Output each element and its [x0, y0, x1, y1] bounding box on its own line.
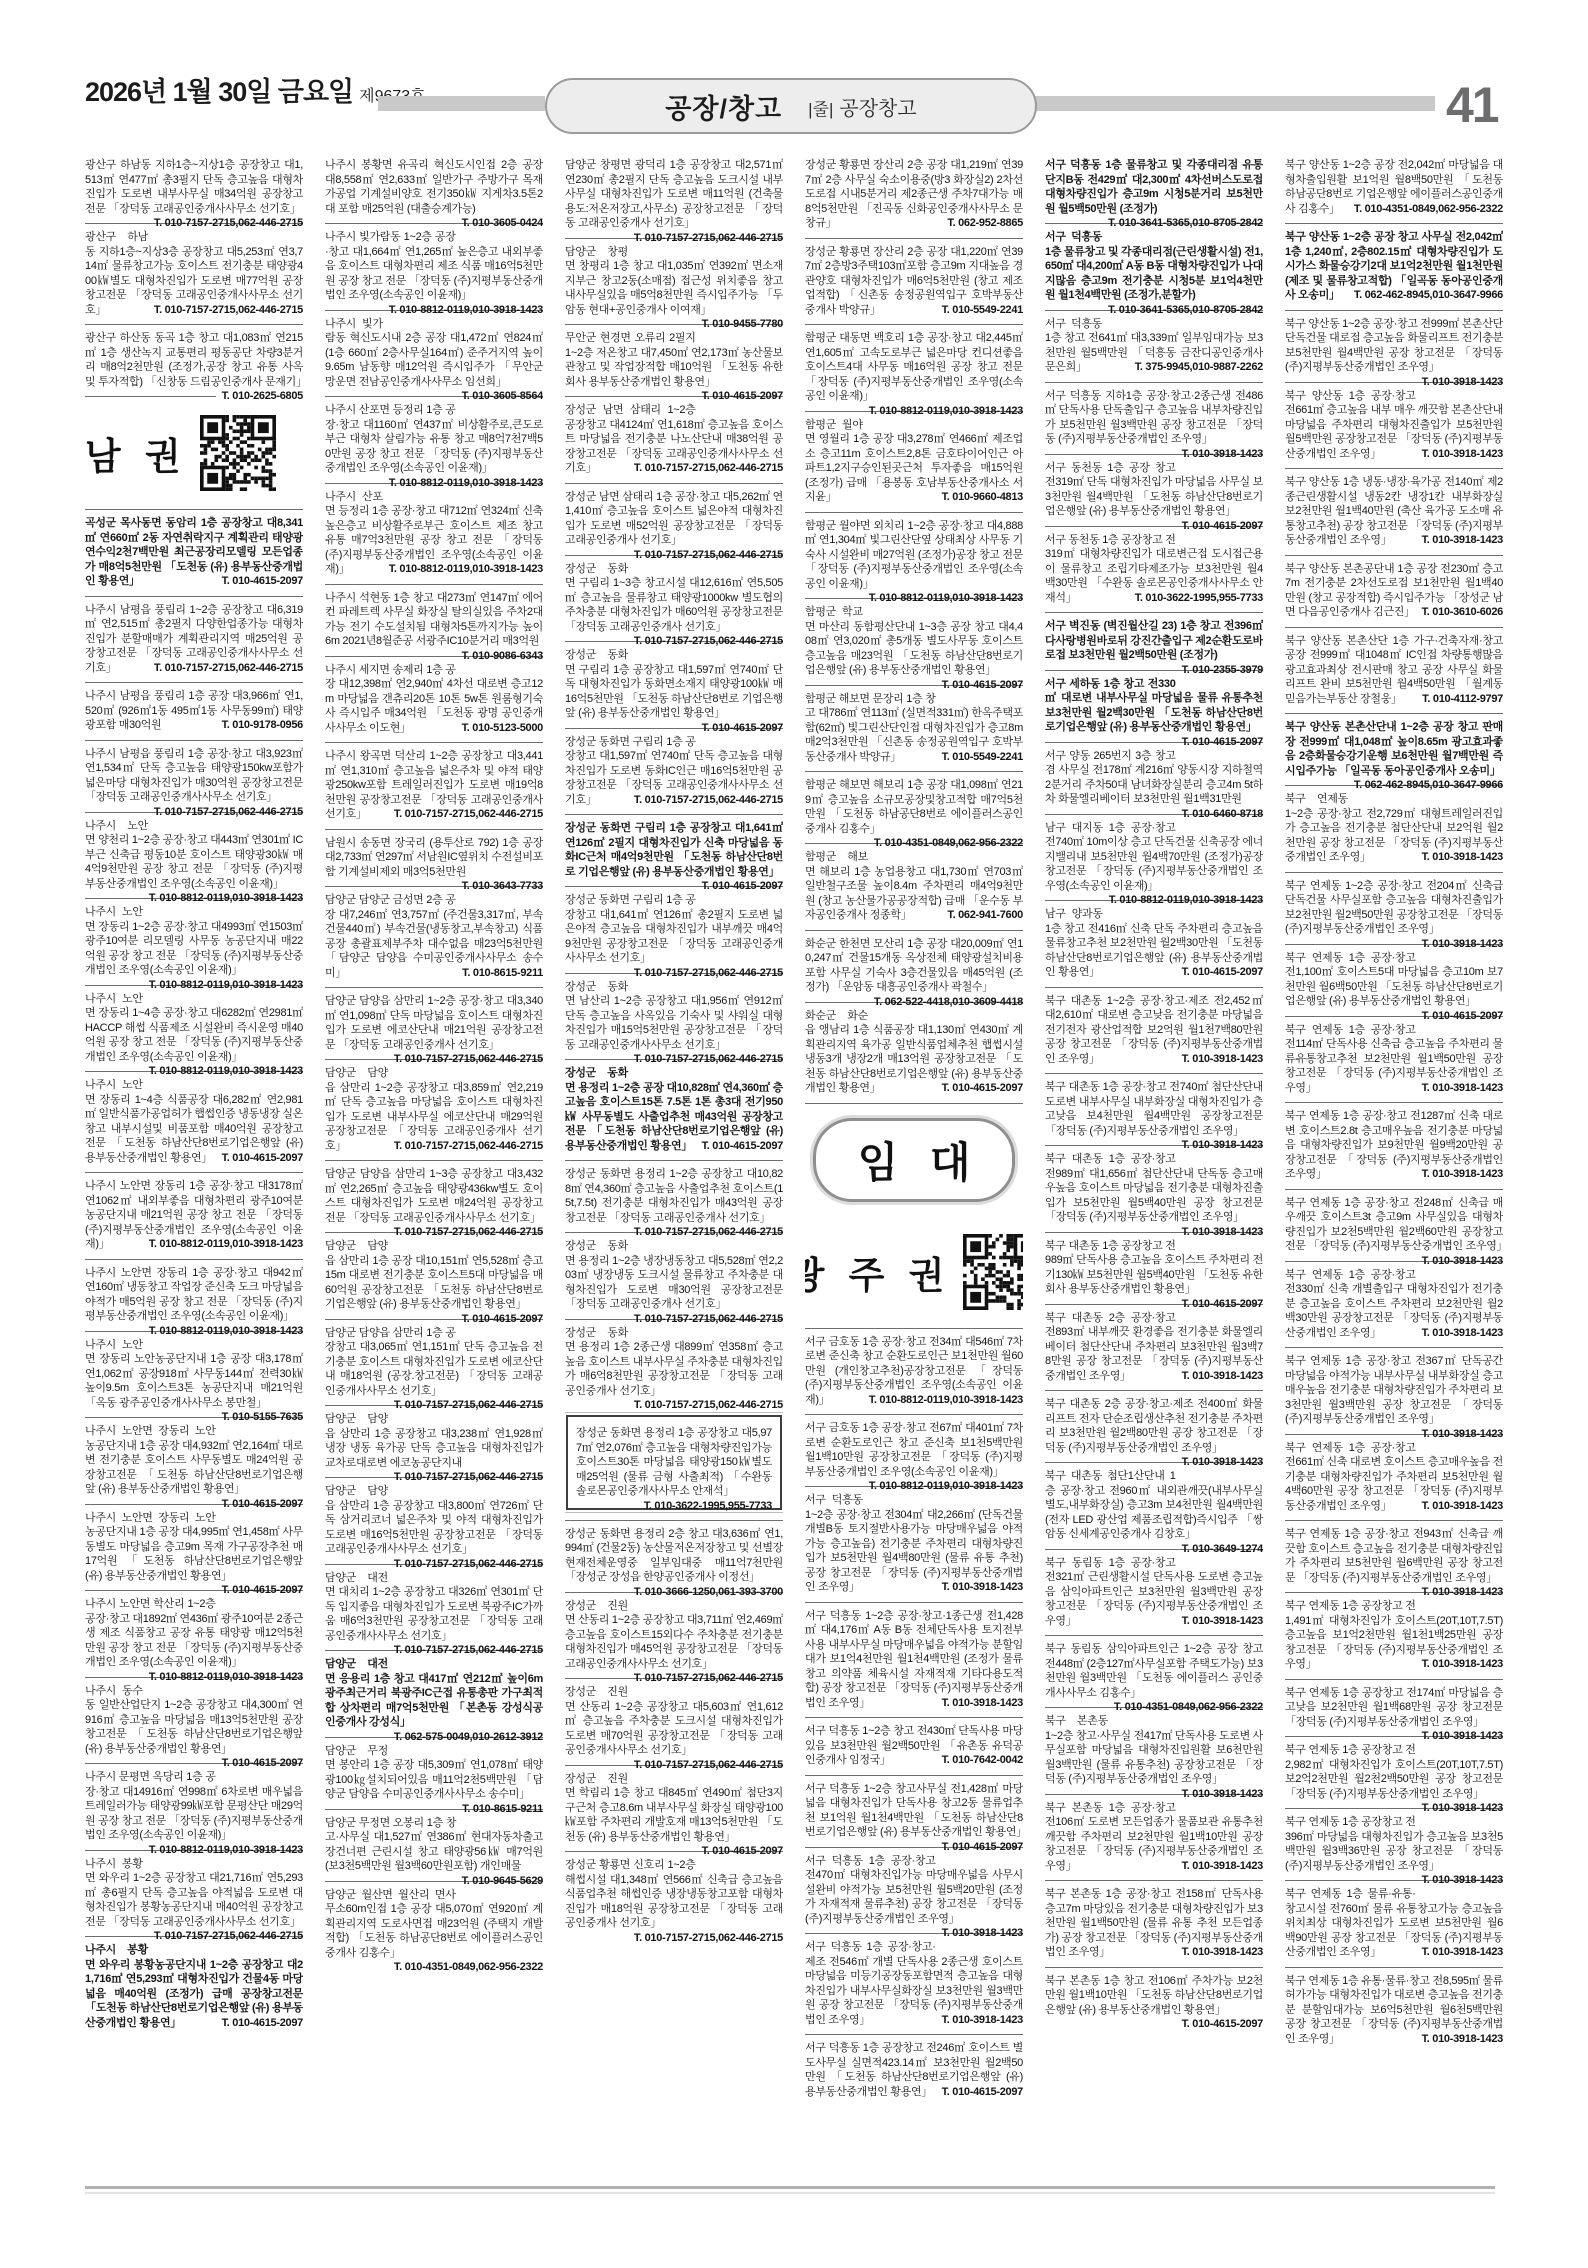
ad-phone-number: T. 010-3918-1423: [1416, 937, 1503, 952]
ad-phone-number: T. 010-4615-2097: [216, 1151, 303, 1166]
listing-ad: 북구 연제동 1층 공장·창고 전661㎡ 신축 대로변 호이스트 층고매우높음…: [1285, 1434, 1503, 1521]
listing-ad: 장성군 황룡면 장산리 2층 공장 대1,220㎡ 연397㎡ 2층방3주택10…: [805, 238, 1023, 325]
ad-text: 북구 본촌동 1~2층 창고·사무실 전417㎡ 단독사용 도로변 사무실포함 …: [1045, 1715, 1263, 1785]
listing-ad: 북구 본촌동 1층 공장·창고 전158㎡ 단독사용 층고7m 마당있음 전기충…: [1045, 1880, 1263, 1967]
ad-phone-number: T. 010-4615-2097: [216, 1583, 303, 1598]
ad-text: 남원시 송동면 장국리 (용투산로 792) 1층 공장 대2,733㎡ 연29…: [325, 837, 543, 878]
listing-ad: 나주시 남평읍 풍림리 1~2층 공장창고 대6,319㎡ 연2,515㎡ 총2…: [85, 596, 303, 683]
ad-text: 장성군 진원면 산동리 1~2층 공장창고 대5,603㎡ 연1,612㎡ 층고…: [565, 1686, 783, 1756]
ad-phone-number: T. 010-8812-0119,010-3918-1423: [383, 303, 543, 318]
ad-phone-number: T. 010-4351-0849,062-956-2322: [1348, 202, 1503, 217]
listing-ad: 북구 연제동 1층 공장창고 전1,491㎡ 대형차진입가 호이스트(20T,1…: [1285, 1592, 1503, 1679]
ad-text: 담양군 무정면 오봉리 1층 창고·사무실 대1,527㎡ 연386㎡ 현대자동…: [325, 1817, 543, 1873]
listing-ad: 함평군 대동면 백호리 1층 공장·창고 대2,445㎡ 연1,605㎡ 고속도…: [805, 324, 1023, 411]
ad-text: 서구 동천동 1층 공장 창고 전319㎡ 단독 대형차진입가 마당넓음 사무실…: [1045, 462, 1263, 518]
listing-ad: 나주시 남평읍 풍림리 1층 공장 대3,966㎡ 연1,520㎡ (926㎡1…: [85, 682, 303, 740]
listing-ad: 나주시 남평읍 풍림리 1층 공장·창고 대3,923㎡ 연1,534㎡ 단독 …: [85, 740, 303, 812]
listing-ad: 담양군 무정면 봉안리 1층 공장 대5,309㎡ 연1,078㎡ 태양광100…: [325, 1737, 543, 1809]
ad-phone-number: T. 010-2355-3979: [1176, 663, 1263, 678]
listing-ad: 나주시 노안면 장동리 노안농공단지내 1층 공장 대4,932㎡ 연2,164…: [85, 1417, 303, 1504]
ad-phone-number: T. 062-952-8865: [941, 216, 1023, 231]
ad-text: 함평군 대동면 백호리 1층 공장·창고 대2,445㎡ 연1,605㎡ 고속도…: [805, 332, 1023, 402]
ad-text: 북구 연제동 1층 공장창고 전396㎡ 마당넓음 대형차진입가 층고높음 보3…: [1285, 1816, 1503, 1872]
ad-text: 나주시 빛가람동 1~2층 공장·창고 대1,664㎡ 연1,265㎡ 높은층고…: [325, 231, 543, 301]
ad-phone-number: T. 010-4615-2097: [936, 1081, 1023, 1096]
ad-text: 북구 대촌동 2층 공장·창고·제조 전400㎡ 화물리프트 전자 단순조립생산…: [1045, 1398, 1263, 1454]
ad-text: 나주시 빛가람동 혁신도시내 2층 공장 대1,472㎡ 연824㎡ (1층 6…: [325, 318, 543, 388]
header-rule-right: [1033, 96, 1435, 111]
ad-phone-number: T. 010-3918-1423: [1416, 1801, 1503, 1816]
ad-phone-number: T. 010-3918-1423: [1176, 1455, 1263, 1470]
ad-phone-number: T. 010-4615-2097: [1176, 1297, 1263, 1312]
column-1: 광산구 하남동 지하1층~지상1층 공장창고 대1,513㎡ 연477㎡ 총3필…: [85, 152, 303, 2182]
ad-phone-number: T. 010-3918-1423: [1176, 1787, 1263, 1802]
ad-phone-number: T. 010-9660-4813: [936, 490, 1023, 505]
listing-ad: 나주시 빛가람동 1~2층 공장·창고 대1,664㎡ 연1,265㎡ 높은층고…: [325, 223, 543, 310]
ad-phone-number: T. 010-7642-0042: [936, 1753, 1023, 1768]
ad-phone-number: T. 010-3918-1423: [936, 1696, 1023, 1711]
ad-phone-number: T. 010-7157-2715,062-446-2715: [388, 807, 543, 822]
listing-ad: 나주시 노안면 장동리 노안농공단지내 1층 공장 대3,178㎡ 연1,062…: [85, 1331, 303, 1418]
ad-phone-number: T. 010-7157-2715,062-446-2715: [628, 461, 783, 476]
ad-text: 광산구 하남동 지하1층~지상1층 공장창고 대1,513㎡ 연477㎡ 총3필…: [85, 159, 303, 215]
ad-phone-number: T. 010-7157-2715,062-446-2715: [628, 1052, 783, 1067]
ad-phone-number: T. 010-3622-1995,955-7733: [638, 1499, 772, 1514]
ad-phone-number: T. 010-3918-1423: [1416, 1081, 1503, 1096]
listing-ad: 장성군 황룡면 신호리 1~2층 해썹시설 대1,348㎡ 연566㎡ 신축급 …: [565, 1851, 783, 1938]
line-marker-icon: |줄|: [808, 100, 833, 119]
ad-phone-number: T. 062-941-7600: [941, 908, 1023, 923]
ad-phone-number: T. 010-9086-6343: [456, 649, 543, 664]
ad-text: 담양군 창평면 광덕리 1층 공장창고 대2,571㎡ 연230㎡ 총2필지 단…: [565, 159, 783, 229]
ad-phone-number: T. 010-7157-2715,062-446-2715: [628, 1398, 783, 1413]
listing-ad: 광산구 하남동 지하1층~지상3층 공장창고 대5,253㎡ 연3,714㎡ 물…: [85, 223, 303, 324]
listing-ad: 북구 대촌동 1층 공장·창고 전989㎡ 대1,656㎡ 첨단산단내 단독동 …: [1045, 1145, 1263, 1232]
ad-text: 나주시 노안면 장동리 1층 공장·창고 대942㎡ 연160㎡ 냉동창고 작업…: [85, 1267, 303, 1323]
ad-phone-number: T. 010-2625-6805: [216, 389, 303, 404]
ad-text: 담양군 무정면 봉안리 1층 공장 대5,309㎡ 연1,078㎡ 태양광100…: [325, 1745, 543, 1801]
ad-text: 서구 세하동 1층 창고 전330㎡ 대로변 내부사무실 마당넓음 물류 유통추…: [1045, 678, 1263, 734]
ad-phone-number: T. 010-7157-2715,062-446-2715: [628, 793, 783, 808]
ad-phone-number: T. 010-3918-1423: [1416, 850, 1503, 865]
listing-ad: 북구 대촌동 2층 공장·창고 전893㎡ 내부깨끗 환경좋음 전기충분 화물엘…: [1045, 1304, 1263, 1391]
ad-phone-number: T. 010-8812-0119,010-3918-1423: [383, 476, 543, 491]
ad-phone-number: T. 010-4615-2097: [1176, 965, 1263, 980]
ad-phone-number: T. 010-4615-2097: [696, 721, 783, 736]
column-6: 북구 양산동 1~2층 공장 전2,042㎡ 마당넓음 대형차출입원활 보1억원…: [1285, 152, 1503, 2182]
listing-ad: 남구 양과동 1층 창고 전416㎡ 신축 단독 주차편리 층고높음 물류창고추…: [1045, 900, 1263, 987]
ad-text: 나주시 산포면 등정리 1층 공장·창고 대1160㎡ 연437㎡ 비상활주로,…: [325, 404, 543, 474]
ad-phone-number: T. 062-575-0049,010-2612-3912: [388, 1730, 543, 1745]
listing-ad: 곡성군 목사동면 동암리 1층 공장창고 대8,341㎡ 연660㎡ 2동 자연…: [85, 509, 303, 596]
ad-text: 북구 연제동 1층 공장·창고 전943㎡ 신축급 깨끗함 호이스트 층고높음 …: [1285, 1528, 1503, 1584]
qr-code: [200, 415, 276, 491]
ad-text: 북구 양산동 본촌산단내 1~2층 공장 창고 판매장 전999㎡ 대1,048…: [1285, 721, 1503, 777]
ad-text: 나주시 봉황면 와우리 1~2층 공장창고 대21,716㎡ 연5,293㎡ 총…: [85, 1858, 303, 1928]
listing-ad: 서구 벽진동 (벽진월산길 23) 1층 창고 전396㎡ 다사랑병원바로뒤 강…: [1045, 612, 1263, 670]
ad-phone-number: T. 010-7157-2715,062-446-2715: [388, 1052, 543, 1067]
ad-text: 나주시 노안면 학산리 1~2층 공장·창고 대1892㎡ 연436㎡ 광주10…: [85, 1598, 303, 1668]
listing-ad: 담양군 담양읍 삼만리 1~2층 공장창고 대3,859㎡ 연2,219㎡ 단독…: [325, 1059, 543, 1160]
listing-ad: 장성군 동화면 구림리 1~3층 창고시설 대12,616㎡ 연5,505㎡ 층…: [565, 555, 783, 642]
listing-ad: 북구 양산동 1~2층 공장·창고 전999㎡ 본촌산단 단독건물 대로접 층고…: [1285, 310, 1503, 382]
column-2: 나주시 봉황면 유곡리 혁신도시인접 2층 공장 대8,558㎡ 연2,633㎡…: [325, 152, 543, 2182]
listing-ad: 서구 덕흥동 1~2층 공장·창고 전304㎡ 대2,266㎡ (단독건물 개별…: [805, 1486, 1023, 1602]
ad-phone-number: T. 010-8812-0119,010-3918-1423: [863, 404, 1023, 419]
ad-phone-number: T. 010-4351-0849,062-956-2322: [1108, 1700, 1263, 1715]
listing-ad: 담양군 담양읍 삼만리 1층 공장창고 대3,800㎡ 연726㎡ 단독 삼거리…: [325, 1477, 543, 1564]
ad-text: 함평군 월야면 외치리 1~2층 공장·창고 대4,888㎡ 연1,304㎡ 빛…: [805, 520, 1023, 590]
ad-phone-number: T. 010-7157-2715,062-446-2715: [628, 1312, 783, 1327]
listing-ad: 담양군 창평면 광덕리 1층 공장창고 대2,571㎡ 연230㎡ 총2필지 단…: [565, 152, 783, 238]
listing-ad: 북구 연제동 1~2층 공장·창고 전204㎡ 신축급 단독건물 사무실포함 층…: [1285, 872, 1503, 944]
ad-phone-number: T. 010-4615-2097: [1176, 2017, 1263, 2032]
listing-ad: 장성군 동화면 남산리 1~2층 공장창고 대1,956㎡ 연912㎡ 단독 층…: [565, 973, 783, 1060]
ad-text: 나주시 노안면 장동리 1~4층 공장·창고 대6282㎡ 연2981㎡ HAC…: [85, 993, 303, 1063]
listing-ad: 광산구 하남동 지하1층~지상1층 공장창고 대1,513㎡ 연477㎡ 총3필…: [85, 152, 303, 223]
ad-text: 북구 연제동 1층 공장·창고 전1,100㎡ 호이스트5대 마당넓음 층고10…: [1285, 952, 1503, 1008]
ad-phone-number: T. 010-4615-2097: [936, 678, 1023, 693]
listing-ad: 나주시 빛가람동 혁신도시내 2층 공장 대1,472㎡ 연824㎡ (1층 6…: [325, 310, 543, 397]
listing-ad: 북구 연제동 1~2층 공장·창고 전2,729㎡ 대형트레일러진입가 층고높음…: [1285, 785, 1503, 872]
listing-ad: 서구 덕흥동 1~2층 창고사무실 전1,428㎡ 마당넓음 대형차진입가 단독…: [805, 1775, 1023, 1847]
listing-ad: 담양군 담양읍 삼만리 1~2층 공장·창고 대3,340㎡ 연1,098㎡ 단…: [325, 987, 543, 1059]
ad-phone-number: T. 010-8615-9211: [456, 1802, 543, 1817]
listing-ad: 장성군 동화면 구림리 1층 공장창고 대1,641㎡ 연126㎡ 총2필지 도…: [565, 886, 783, 973]
ad-phone-number: T. 010-7157-2715,062-446-2715: [148, 805, 303, 820]
boxed-listing-ad: 장성군 동화면 용정리 1층 공장창고 대5,977㎡ 연2,076㎡ 층고높음…: [566, 1415, 782, 1510]
listing-ad: 북구 연제동 1층 공장·창고 전1287㎡ 신축 대로변 호이스트2.8t 층…: [1285, 1102, 1503, 1189]
rent-banner-label: 임 대: [848, 1130, 981, 1190]
ad-text: 장성군 동화면 구림리 1~3층 창고시설 대12,616㎡ 연5,505㎡ 층…: [565, 563, 783, 633]
ad-phone-number: T. 010-3918-1423: [1416, 1729, 1503, 1744]
ad-text: 담양군 담양읍 삼만리 1층 공장창고 대3,800㎡ 연726㎡ 단독 삼거리…: [325, 1485, 543, 1555]
listing-ad: 북구 연제동 1층 공장·창고 전367㎡ 단독공간 마당넓음 야적가능 내부사…: [1285, 1347, 1503, 1434]
footer-rule: [85, 2186, 1495, 2194]
listing-ad: 서구 덕흥동 1층 공장창고 전246㎡ 호이스트 별도사무실 실면적423.1…: [805, 2034, 1023, 2106]
ad-phone-number: T. 010-7157-2715,062-446-2715: [628, 1758, 783, 1773]
listing-ad: 장성군 진원면 학림리 1층 창고 대845㎡ 연490㎡ 첨단3지구근처 층고…: [565, 1765, 783, 1852]
ad-text: 서구 벽진동 (벽진월산길 23) 1층 창고 전396㎡ 다사랑병원바로뒤 강…: [1045, 620, 1263, 661]
region-label: 전 남 권: [85, 426, 188, 480]
ad-text: 서구 금호동 1층 공장·창고 전67㎡ 대401㎡ 7차로변 순환도로인근 창…: [805, 1422, 1023, 1478]
ad-text: 장성군 동화면 용정리 1~2층 냉장냉동창고 대5,528㎡ 연2,203㎡ …: [565, 1240, 783, 1310]
ad-text: 장성군 동화면 용정리 2층 창고 대3,636㎡ 연1,994㎡ (건물2동)…: [565, 1528, 783, 1584]
ad-phone-number: T. 010-4615-2097: [216, 1756, 303, 1771]
ad-phone-number: T. 010-8812-0119,010-3918-1423: [143, 1843, 303, 1858]
ad-text: 장성군 동화면 용정리 1층 2종근생 대899㎡ 연358㎡ 층고높음 호이스…: [565, 1327, 783, 1397]
listing-ad: 남구 대지동 1층 공장·창고 전740㎡ 10m이상 층고 단독건물 신축공장…: [1045, 814, 1263, 901]
listing-ad: 북구 연제동 1층 유통·물류·창고 전8,595㎡ 물류허가가능 대형차진입가…: [1285, 1967, 1503, 2054]
ad-phone-number: T. 010-3918-1423: [1416, 533, 1503, 548]
ad-phone-number: T. 010-7157-2715,062-446-2715: [388, 1470, 543, 1485]
ad-phone-number: T. 010-4615-2097: [936, 1840, 1023, 1855]
listing-ad: 서구 금호동 1층 공장·창고 전34㎡ 대546㎡ 7차로변 준신축 창고 순…: [805, 1328, 1023, 1415]
listing-ad: 북구 양산동 1~2층 공장 창고 사무실 전2,042㎡ 1층 1,240㎡,…: [1285, 223, 1503, 310]
ad-text: 나주시 동수동 일반산업단지 1~2층 공장창고 대4,300㎡ 연916㎡ 층…: [85, 1685, 303, 1755]
ad-phone-number: T. 010-3918-1423: [1176, 1369, 1263, 1384]
listing-ad: 북구 동림동 삼익아파트인근 1~2층 공장 창고 전448㎡ (2층127㎡사…: [1045, 1635, 1263, 1707]
listing-ad: 장성군 동화면 용정리 1~2층 공장 대10,828㎡ 연4,360㎡ 층고높…: [565, 1059, 783, 1160]
ad-text: 북구 동림동 삼익아파트인근 1~2층 공장 창고 전448㎡ (2층127㎡사…: [1045, 1643, 1263, 1699]
ad-text: 담양군 월산면 월산리 면사무소60m인접 1층 공장 대5,070㎡ 연920…: [325, 1889, 543, 1959]
listing-ad: 장성군 남면 삼태리 1층 공장·창고 대5,262㎡ 연1,410㎡ 층고높음…: [565, 483, 783, 555]
ad-phone-number: T. 010-8812-0119,010-3918-1423: [143, 978, 303, 993]
listing-ad: 북구 대촌동 1층 공장·창고 전740㎡ 첨단산단내 도로변 내부사무실 내부…: [1045, 1073, 1263, 1145]
ad-text: 나주시 남평읍 풍림리 1층 공장·창고 대3,923㎡ 연1,534㎡ 단독 …: [85, 748, 303, 804]
listing-ad: 서구 덕흥동 1~2층 창고 전430㎡ 단독사용 마당있음 보3천만원 월2백…: [805, 1717, 1023, 1775]
listing-ad: 나주시 노안면 장동리 1~4층 식품공장 대6,282㎡ 연2,981㎡ 일반…: [85, 1071, 303, 1172]
listing-ad: 북구 연제동 1층 공장·창고 전248㎡ 신축급 매우깨끗 호이스트3t 층고…: [1285, 1189, 1503, 1261]
ad-text: 담양군 담양읍 삼만리 1층 공장창고 대3,238㎡ 연1,928㎡ 냉장 냉…: [325, 1413, 543, 1469]
ad-phone-number: T. 010-7157-2715,062-446-2715: [388, 1139, 543, 1154]
listing-ad: 서구 동천동 1층 공장창고 전319㎡ 대형차량진입가 대로변근접 도시접근용…: [1045, 526, 1263, 613]
ad-text: 서구 덕흥동 1~2층 공장·창고·1종근생 전1,428㎡ 대4,176㎡ A…: [805, 1610, 1023, 1709]
ad-phone-number: T. 010-3610-6026: [1416, 605, 1503, 620]
listing-ad: 함평군 월야면 영월리 1층 공장 대3,278㎡ 연466㎡ 제조업소 층고1…: [805, 411, 1023, 512]
rent-banner: 임 대: [805, 1103, 1023, 1216]
ad-phone-number: T. 010-4615-2097: [216, 2016, 303, 2031]
listing-ad: 나주시 왕곡면 덕산리 1~2층 공장창고 대3,441㎡ 연1,310㎡ 층고…: [325, 742, 543, 829]
ad-phone-number: T. 010-3918-1423: [1176, 447, 1263, 462]
listing-ad: 북구 연제동 1층 공장·창고 전943㎡ 신축급 깨끗함 호이스트 층고높음 …: [1285, 1520, 1503, 1592]
section-title: 공장/창고: [665, 87, 782, 126]
ad-phone-number: T. 010-7157-2715,062-446-2715: [628, 634, 783, 649]
ad-phone-number: T. 010-7157-2715,062-446-2715: [628, 548, 783, 563]
listing-ad: 나주시 노안면 장동리 1층 공장·창고 대3178㎡ 연1062㎡ 내외부좋음…: [85, 1172, 303, 1259]
listing-ad: 북구 연제동 1층 공장창고 전2,982㎡ 대형차진입가 호이스트(20T,1…: [1285, 1736, 1503, 1808]
ad-phone-number: T. 010-9178-0956: [216, 718, 303, 733]
ad-phone-number: T. 010-3643-7733: [456, 879, 543, 894]
listing-ad: 담양군 담양읍 삼만리 1층 공장창고 대3,065㎡ 연1,151㎡ 단독 층…: [325, 1319, 543, 1406]
ad-text: 나주시 노안면 장동리 노안농공단지내 1층 공장 대4,995㎡ 연1,458…: [85, 1512, 303, 1582]
ad-phone-number: T. 010-4112-9797: [1416, 692, 1503, 707]
ad-text: 장성군 동화면 구림리 1층 공장창고 대1,641㎡ 연126㎡ 2필지 대형…: [565, 822, 783, 878]
listing-ad: 담양군 대전면 응용리 1층 창고 대417㎡ 연212㎡ 높이6m 광주최근거…: [325, 1650, 543, 1737]
listing-ad: 북구 연제동 1층 공장·창고 전330㎡ 신축 개별출입구 대형차진입가 전기…: [1285, 1261, 1503, 1348]
listing-ad: 화순군 한천면 모산리 1층 공장 대20,009㎡ 연10,247㎡ 건물15…: [805, 930, 1023, 1002]
listing-ad: 북구 본촌동 1~2층 창고·사무실 전417㎡ 단독사용 도로변 사무실포함 …: [1045, 1707, 1263, 1794]
ad-phone-number: T. 010-3918-1423: [1176, 1138, 1263, 1153]
ad-phone-number: T. 010-3918-1423: [1176, 1859, 1263, 1874]
listing-ad: 담양군 창평면 창평리 1층 창고 대1,035㎡ 연392㎡ 면소재지부근 창…: [565, 238, 783, 325]
listing-ad: 북구 대촌동 첨단1산단내 1층 공장·창고 전960㎡ 내외관깨끗(내부사무실…: [1045, 1462, 1263, 1549]
listing-ad: 나주시 산포면 등정리 1층 공장·창고 대712㎡ 연324㎡ 신축 높은층고…: [325, 483, 543, 584]
listing-ad: 북구 양산동 본촌산단 1층 가구·건축자재·창고공장 전999㎡ 대1048㎡…: [1285, 627, 1503, 714]
ad-phone-number: T. 010-3918-1423: [1416, 1585, 1503, 1600]
ad-phone-number: T. 010-4351-0849,062-956-2322: [388, 1960, 543, 1975]
ad-phone-number: T. 010-3918-1423: [936, 1926, 1023, 1941]
listing-ad: 나주시 노안면 장동리 1층 공장·창고 대942㎡ 연160㎡ 냉동창고 작업…: [85, 1259, 303, 1331]
ad-text: 서구 덕흥동 1층 물류창고 및 각종대리점 유통단지B동 전429㎡ 대2,3…: [1045, 159, 1263, 215]
ad-text: 담양군 대전면 대치리 1~2층 공장창고 대326㎡ 연301㎡ 단독 입지좋…: [325, 1572, 543, 1642]
ad-text: 장성군 동화면 구림리 1층 공장창고 대1,597㎡ 연740㎡ 단독 대형차…: [565, 649, 783, 719]
ad-text: 북구 대촌동 1층 공장·창고 전989㎡ 대1,656㎡ 첨단산단내 단독동 …: [1045, 1153, 1263, 1223]
ad-phone-number: T. 010-7157-2715,062-446-2715: [148, 1929, 303, 1944]
listing-ad: 북구 동림동 1층 공장·창고 전321㎡ 근린생활시설 단독사용 도로변 층고…: [1045, 1549, 1263, 1636]
listing-ad: 북구 양산동 본촌공단내 1층 공장 전230㎡ 층고7m 전기충분 2차선도로…: [1285, 555, 1503, 627]
listing-ad: 장성군 남면 삼태리 1~2층 공장창고 대4124㎡ 연1,618㎡ 층고높음…: [565, 396, 783, 483]
date-text: 2026년 1월 30일 금요일: [85, 77, 353, 107]
listing-ad: 서구 덕흥동 1~2층 공장·창고·1종근생 전1,428㎡ 대4,176㎡ A…: [805, 1602, 1023, 1718]
listing-ad: 나주시 노안면 양천리 1~2층 공장·창고 대443㎡ 연301㎡ IC부근 …: [85, 812, 303, 899]
ad-phone-number: T. 010-3918-1423: [1176, 1945, 1263, 1960]
page-date: 2026년 1월 30일 금요일제9673호: [85, 70, 426, 109]
listing-ad: 함평군 해보면 문장리 1층 창고 대786㎡ 연113㎡ (실면적331㎡) …: [805, 685, 1023, 772]
ad-text: 장성군 진원면 산동리 1~2층 공장창고 대3,711㎡ 연2,469㎡ 층고…: [565, 1600, 783, 1670]
ad-phone-number: T. 010-8812-0119,010-3918-1423: [143, 1237, 303, 1252]
rent-banner-box: 임 대: [813, 1118, 1015, 1202]
ad-text: 북구 대촌동 첨단1산단내 1층 공장·창고 전960㎡ 내외관깨끗(내부사무실…: [1045, 1470, 1263, 1540]
ad-phone-number: T. 062-522-4418,010-3609-4418: [868, 995, 1023, 1010]
listing-ad: 서구 덕흥동 1층 물류창고 및 각종대리점(근린생활시설) 전1,650㎡ 대…: [1045, 223, 1263, 310]
ad-text: 남구 대지동 1층 공장·창고 전740㎡ 10m이상 층고 단독건물 신축공장…: [1045, 822, 1263, 892]
ad-text: 담양군 대전면 응용리 1층 창고 대417㎡ 연212㎡ 높이6m 광주최근거…: [325, 1658, 543, 1728]
ad-phone-number: T. 062-462-8945,010-3647-9966: [1348, 288, 1503, 303]
listing-ad: 장성군 황룡면 장산리 2층 공장 대1,219㎡ 연397㎡ 2층 사무실 숙…: [805, 152, 1023, 238]
listing-ad: 북구 연제동 1층 공장창고 전174㎡ 마당넓음 층고낮음 보2천만원 월1백…: [1285, 1679, 1503, 1737]
ad-text: 광산구 하산동 동곡 1층 창고 대1,083㎡ 연215㎡ 1층 생산녹지 교…: [85, 332, 303, 388]
listing-ad: 나주시 노안면 학산리 1~2층 공장·창고 대1892㎡ 연436㎡ 광주10…: [85, 1590, 303, 1677]
ad-text: 북구 대촌동 1층 공장·창고 전740㎡ 첨단산단내 도로변 내부사무실 내부…: [1045, 1081, 1263, 1137]
listing-ad: 나주시 봉황면 유곡리 혁신도시인접 2층 공장 대8,558㎡ 연2,633㎡…: [325, 152, 543, 223]
ad-text: 장성군 동화면 구림리 1층 공장창고 대1,641㎡ 연126㎡ 총2필지 도…: [565, 894, 783, 964]
ad-text: 서구 양동 265번지 3층 창고 겸 사무실 전178㎡ 계216㎡ 양동시장…: [1045, 750, 1263, 806]
listing-ad: 담양군 무정면 오봉리 1층 창고·사무실 대1,527㎡ 연386㎡ 현대자동…: [325, 1809, 543, 1881]
listing-ad: 함평군 해보면 해보리 1층 농업용창고 대1,730㎡ 연703㎡ 일반철구조…: [805, 843, 1023, 930]
listing-ad: 담양군 담양읍 삼만리 1층 공장 대10,151㎡ 연5,528㎡ 층고15m…: [325, 1232, 543, 1319]
ad-phone-number: T. 010-3918-1423: [1416, 1326, 1503, 1341]
ad-phone-number: T. 010-4615-2097: [216, 1497, 303, 1512]
listing-ad: 함평군 해보면 해보리 1층 공장 대1,098㎡ 연219㎡ 층고높음 소규모…: [805, 771, 1023, 843]
ad-phone-number: T. 010-8812-0119,010-3918-1423: [143, 1324, 303, 1339]
listing-ad: 장성군 동화면 용정리 1층 2종근생 대899㎡ 연358㎡ 층고높음 호이스…: [565, 1319, 783, 1406]
ad-phone-number: T. 010-3918-1423: [936, 1580, 1023, 1595]
ad-text: 장성군 진원면 학림리 1층 창고 대845㎡ 연490㎡ 첨단3지구근처 층고…: [565, 1773, 783, 1843]
ad-text: 담양군 담양읍 삼만리 1층 공장 대10,151㎡ 연5,528㎡ 층고15m…: [325, 1240, 543, 1310]
ad-phone-number: T. 010-4615-2097: [456, 1312, 543, 1327]
ad-text: 서구 덕흥동 지하1층 공장·창고·2종근생 전486㎡ 단독사용 단독출입구 …: [1045, 390, 1263, 446]
ad-text: 북구 양산동 1~2층 공장·창고 전999㎡ 본촌산단 단독건물 대로접 층고…: [1285, 318, 1503, 374]
ad-phone-number: T. 010-8812-0119,010-3918-1423: [863, 591, 1023, 606]
ad-phone-number: T. 010-4615-2097: [1176, 519, 1263, 534]
ad-phone-number: T. 010-7157-2715,062-446-2715: [628, 966, 783, 981]
section-subtitle: |줄|공장창고: [808, 92, 917, 121]
ad-phone-number: T. 010-4615-2097: [936, 2085, 1023, 2100]
ad-phone-number: T. 010-3918-1423: [936, 2013, 1023, 2028]
ad-phone-number: T. 010-9645-5629: [456, 1874, 543, 1889]
listing-ad: 화순군 화순읍 앵남리 1층 식품공장 대1,130㎡ 연430㎡ 계획관리지역…: [805, 1002, 1023, 1103]
ad-phone-number: T. 010-8812-0119,010-3918-1423: [143, 1670, 303, 1685]
listing-ad: 북구 연제동 1층 공장·창고 전1,100㎡ 호이스트5대 마당넓음 층고10…: [1285, 944, 1503, 1016]
listing-ad: 담양군 담양읍 삼만리 1~3층 공장창고 대3,432㎡ 연2,265㎡ 층고…: [325, 1160, 543, 1232]
listing-ad: 나주시 세지면 송제리 1층 공장 대12,398㎡ 연2,940㎡ 4차선 대…: [325, 656, 543, 743]
listing-ad: 나주시 봉황면 와우리 봉황농공단지내 1~2층 공장창고 대21,716㎡ 연…: [85, 1936, 303, 2037]
listing-ad: 나주시 석현동 1층 창고 대273㎡ 연147㎡ 에어컨 파레트렉 사무실 화…: [325, 584, 543, 656]
ad-phone-number: T. 010-3641-5365,010-8705-2842: [1102, 216, 1263, 231]
listing-ad: 광산구 하산동 동곡 1층 창고 대1,083㎡ 연215㎡ 1층 생산녹지 교…: [85, 324, 303, 396]
listing-ad: 서구 덕흥동 1층 물류창고 및 각종대리점 유통단지B동 전429㎡ 대2,3…: [1045, 152, 1263, 223]
listing-ad: 장성군 진원면 산동리 1~2층 공장창고 대3,711㎡ 연2,469㎡ 층고…: [565, 1592, 783, 1679]
listing-ad: 북구 대촌동 1층 공장창고 전989㎡ 단독사용 층고높음 호이스트 주차편리…: [1045, 1232, 1263, 1304]
column-3: 담양군 창평면 광덕리 1층 공장창고 대2,571㎡ 연230㎡ 총2필지 단…: [565, 152, 783, 2182]
ad-phone-number: T. 010-3918-1423: [1176, 1614, 1263, 1629]
ad-phone-number: T. 010-9455-7780: [696, 317, 783, 332]
listing-ad: 담양군 월산면 월산리 면사무소60m인접 1층 공장 대5,070㎡ 연920…: [325, 1881, 543, 1968]
ad-phone-number: T. 010-4615-2097: [696, 879, 783, 894]
ad-text: 화순군 한천면 모산리 1층 공장 대20,009㎡ 연10,247㎡ 건물15…: [805, 938, 1023, 994]
ad-phone-number: T. 010-7157-2715,062-446-2715: [628, 231, 783, 246]
region-header-gwangju: 광 주 권: [805, 1216, 1023, 1328]
ad-text: 무안군 현경면 오류리 2필지 1~2층 저온창고 대7,450㎡ 연2,173…: [565, 332, 783, 388]
listing-ad: 장성군 동화면 구림리 1층 공장창고 대1,641㎡ 연126㎡ 2필지 대형…: [565, 814, 783, 886]
listing-ad: 북구 양산동 1층 공장·창고 전661㎡ 층고높음 내부 매우 깨끗함 본촌산…: [1285, 382, 1503, 469]
listing-ad: 북구 양산동 1~2층 공장 전2,042㎡ 마당넓음 대형차출입원활 보1억원…: [1285, 152, 1503, 223]
listing-ad: 남원시 송동면 장국리 (용투산로 792) 1층 공장 대2,733㎡ 연29…: [325, 829, 543, 887]
listing-ad: 북구 대촌동 2층 공장·창고·제조 전400㎡ 화물리프트 전자 단순조립생산…: [1045, 1390, 1263, 1462]
ad-text: 나주시 봉황면 유곡리 혁신도시인접 2층 공장 대8,558㎡ 연2,633㎡…: [325, 159, 543, 215]
ad-phone-number: T. 010-8812-0119,010-3918-1423: [143, 891, 303, 906]
region-label: 광 주 권: [805, 1245, 951, 1299]
listing-ad: 나주시 산포면 등정리 1층 공장·창고 대1160㎡ 연437㎡ 비상활주로,…: [325, 396, 543, 483]
ad-phone-number: T. 010-4615-2097: [696, 389, 783, 404]
ad-phone-number: T. 010-4351-0849,062-956-2322: [868, 836, 1023, 851]
listing-ad: 북구 양산동 1층 냉동·냉장·육가공 전140㎡ 제2종근린생활시설 냉동2칸…: [1285, 468, 1503, 555]
ad-text: 북구 연제동 1층 공장창고 전174㎡ 마당넓음 층고낮음 보2천만원 월1백…: [1285, 1687, 1503, 1728]
listing-ad: 북구 연제동 1층 물류·유통·창고시설 전760㎡ 물류 유통창고가능 층고높…: [1285, 1880, 1503, 1967]
listing-ad: 북구 대촌동 1~2층 공장·창고·제조 전2,452㎡ 대2,610㎡ 대로변…: [1045, 987, 1263, 1074]
ad-phone-number: T. 010-7157-2715,062-446-2715: [388, 1643, 543, 1658]
ad-phone-number: T. 010-7157-2715,062-446-2715: [148, 216, 303, 231]
listing-ad: 담양군 담양군 금성면 2층 공장 대7,246㎡ 연3,757㎡ (주건물3,…: [325, 886, 543, 987]
ad-phone-number: T. 010-7157-2715,062-446-2715: [148, 303, 303, 318]
ad-phone-number: T. 010-3918-1423: [1416, 1254, 1503, 1269]
ad-phone-number: T. 010-3918-1423: [1416, 1657, 1503, 1672]
ad-phone-number: T. 010-7157-2715,062-446-2715: [388, 1557, 543, 1572]
ad-phone-number: T. 010-6460-8718: [1176, 807, 1263, 822]
listing-ad: 서구 금호동 1층 공장·창고 전67㎡ 대401㎡ 7차로변 순환도로인근 창…: [805, 1414, 1023, 1486]
listing-ad: 나주시 노안면 장동리 1~4층 공장·창고 대6282㎡ 연2981㎡ HAC…: [85, 985, 303, 1072]
ad-phone-number: T. 010-8812-0119,010-3918-1423: [383, 562, 543, 577]
ad-phone-number: T. 010-8812-0119,010-3918-1423: [1103, 893, 1263, 908]
ad-text: 장성군 동화면 용정리 1층 공장창고 대5,977㎡ 연2,076㎡ 층고높음…: [576, 1427, 772, 1497]
ad-phone-number: T. 010-4615-2097: [696, 1844, 783, 1859]
ad-text: 장성군 동화면 남산리 1~2층 공장창고 대1,956㎡ 연912㎡ 단독 층…: [565, 981, 783, 1051]
column-5: 서구 덕흥동 1층 물류창고 및 각종대리점 유통단지B동 전429㎡ 대2,3…: [1045, 152, 1263, 2182]
listing-ad: 장성군 동화면 구림리 1층 공장창고 대1,597㎡ 연740㎡ 단독 층고높…: [565, 728, 783, 815]
ad-phone-number: T. 010-3918-1423: [1416, 1427, 1503, 1442]
ad-phone-number: T. 010-5549-2241: [936, 750, 1023, 765]
listing-ad: 나주시 봉황면 와우리 1~2층 공장창고 대21,716㎡ 연5,293㎡ 총…: [85, 1850, 303, 1937]
listing-ad: 북구 연제동 1층 공장·창고 전114㎡ 단독사용 신축급 층고높음 주차편리…: [1285, 1016, 1503, 1103]
listing-ad: 서구 덕흥동 1층 창고 전641㎡ 대3,339㎡ 일부임대가능 보3천만원 …: [1045, 310, 1263, 382]
qr-code: [963, 1234, 1023, 1310]
listing-ad: 담양군 담양읍 삼만리 1층 공장창고 대3,238㎡ 연1,928㎡ 냉장 냉…: [325, 1405, 543, 1477]
ad-phone-number: T. 010-3666-1250,061-393-3700: [628, 1585, 783, 1600]
ad-text: 담양군 담양읍 삼만리 1~3층 공장창고 대3,432㎡ 연2,265㎡ 층고…: [325, 1168, 543, 1224]
listing-ad: 서구 덕흥동 1층 공장·창고 전470㎡ 대형차진입가능 마당매우넓음 사무시…: [805, 1847, 1023, 1934]
ad-phone-number: T. 010-7157-2715,062-446-2715: [628, 1931, 783, 1946]
ad-phone-number: T. 375-9945,010-9887-2262: [1129, 360, 1263, 375]
ad-phone-number: T. 010-8812-0119,010-3918-1423: [863, 1479, 1023, 1494]
ad-phone-number: T. 010-3918-1423: [1176, 1225, 1263, 1240]
ad-text: 북구 대촌동 1층 공장창고 전989㎡ 단독사용 층고높음 호이스트 주차편리…: [1045, 1240, 1263, 1296]
ad-text: 나주시 노안면 장동리 노안농공단지내 1층 공장 대3,178㎡ 연1,062…: [85, 1339, 303, 1409]
ad-phone-number: T. 010-3918-1423: [1416, 1167, 1503, 1182]
ad-text: 북구 본촌동 1층 창고 전106㎡ 주차가능 보2천만원 월1백10만원 「도…: [1045, 1975, 1263, 2016]
ad-phone-number: T. 010-3918-1423: [1416, 447, 1503, 462]
ad-text: 북구 연제동 1~2층 공장·창고 전204㎡ 신축급 단독건물 사무실포함 층…: [1285, 880, 1503, 936]
